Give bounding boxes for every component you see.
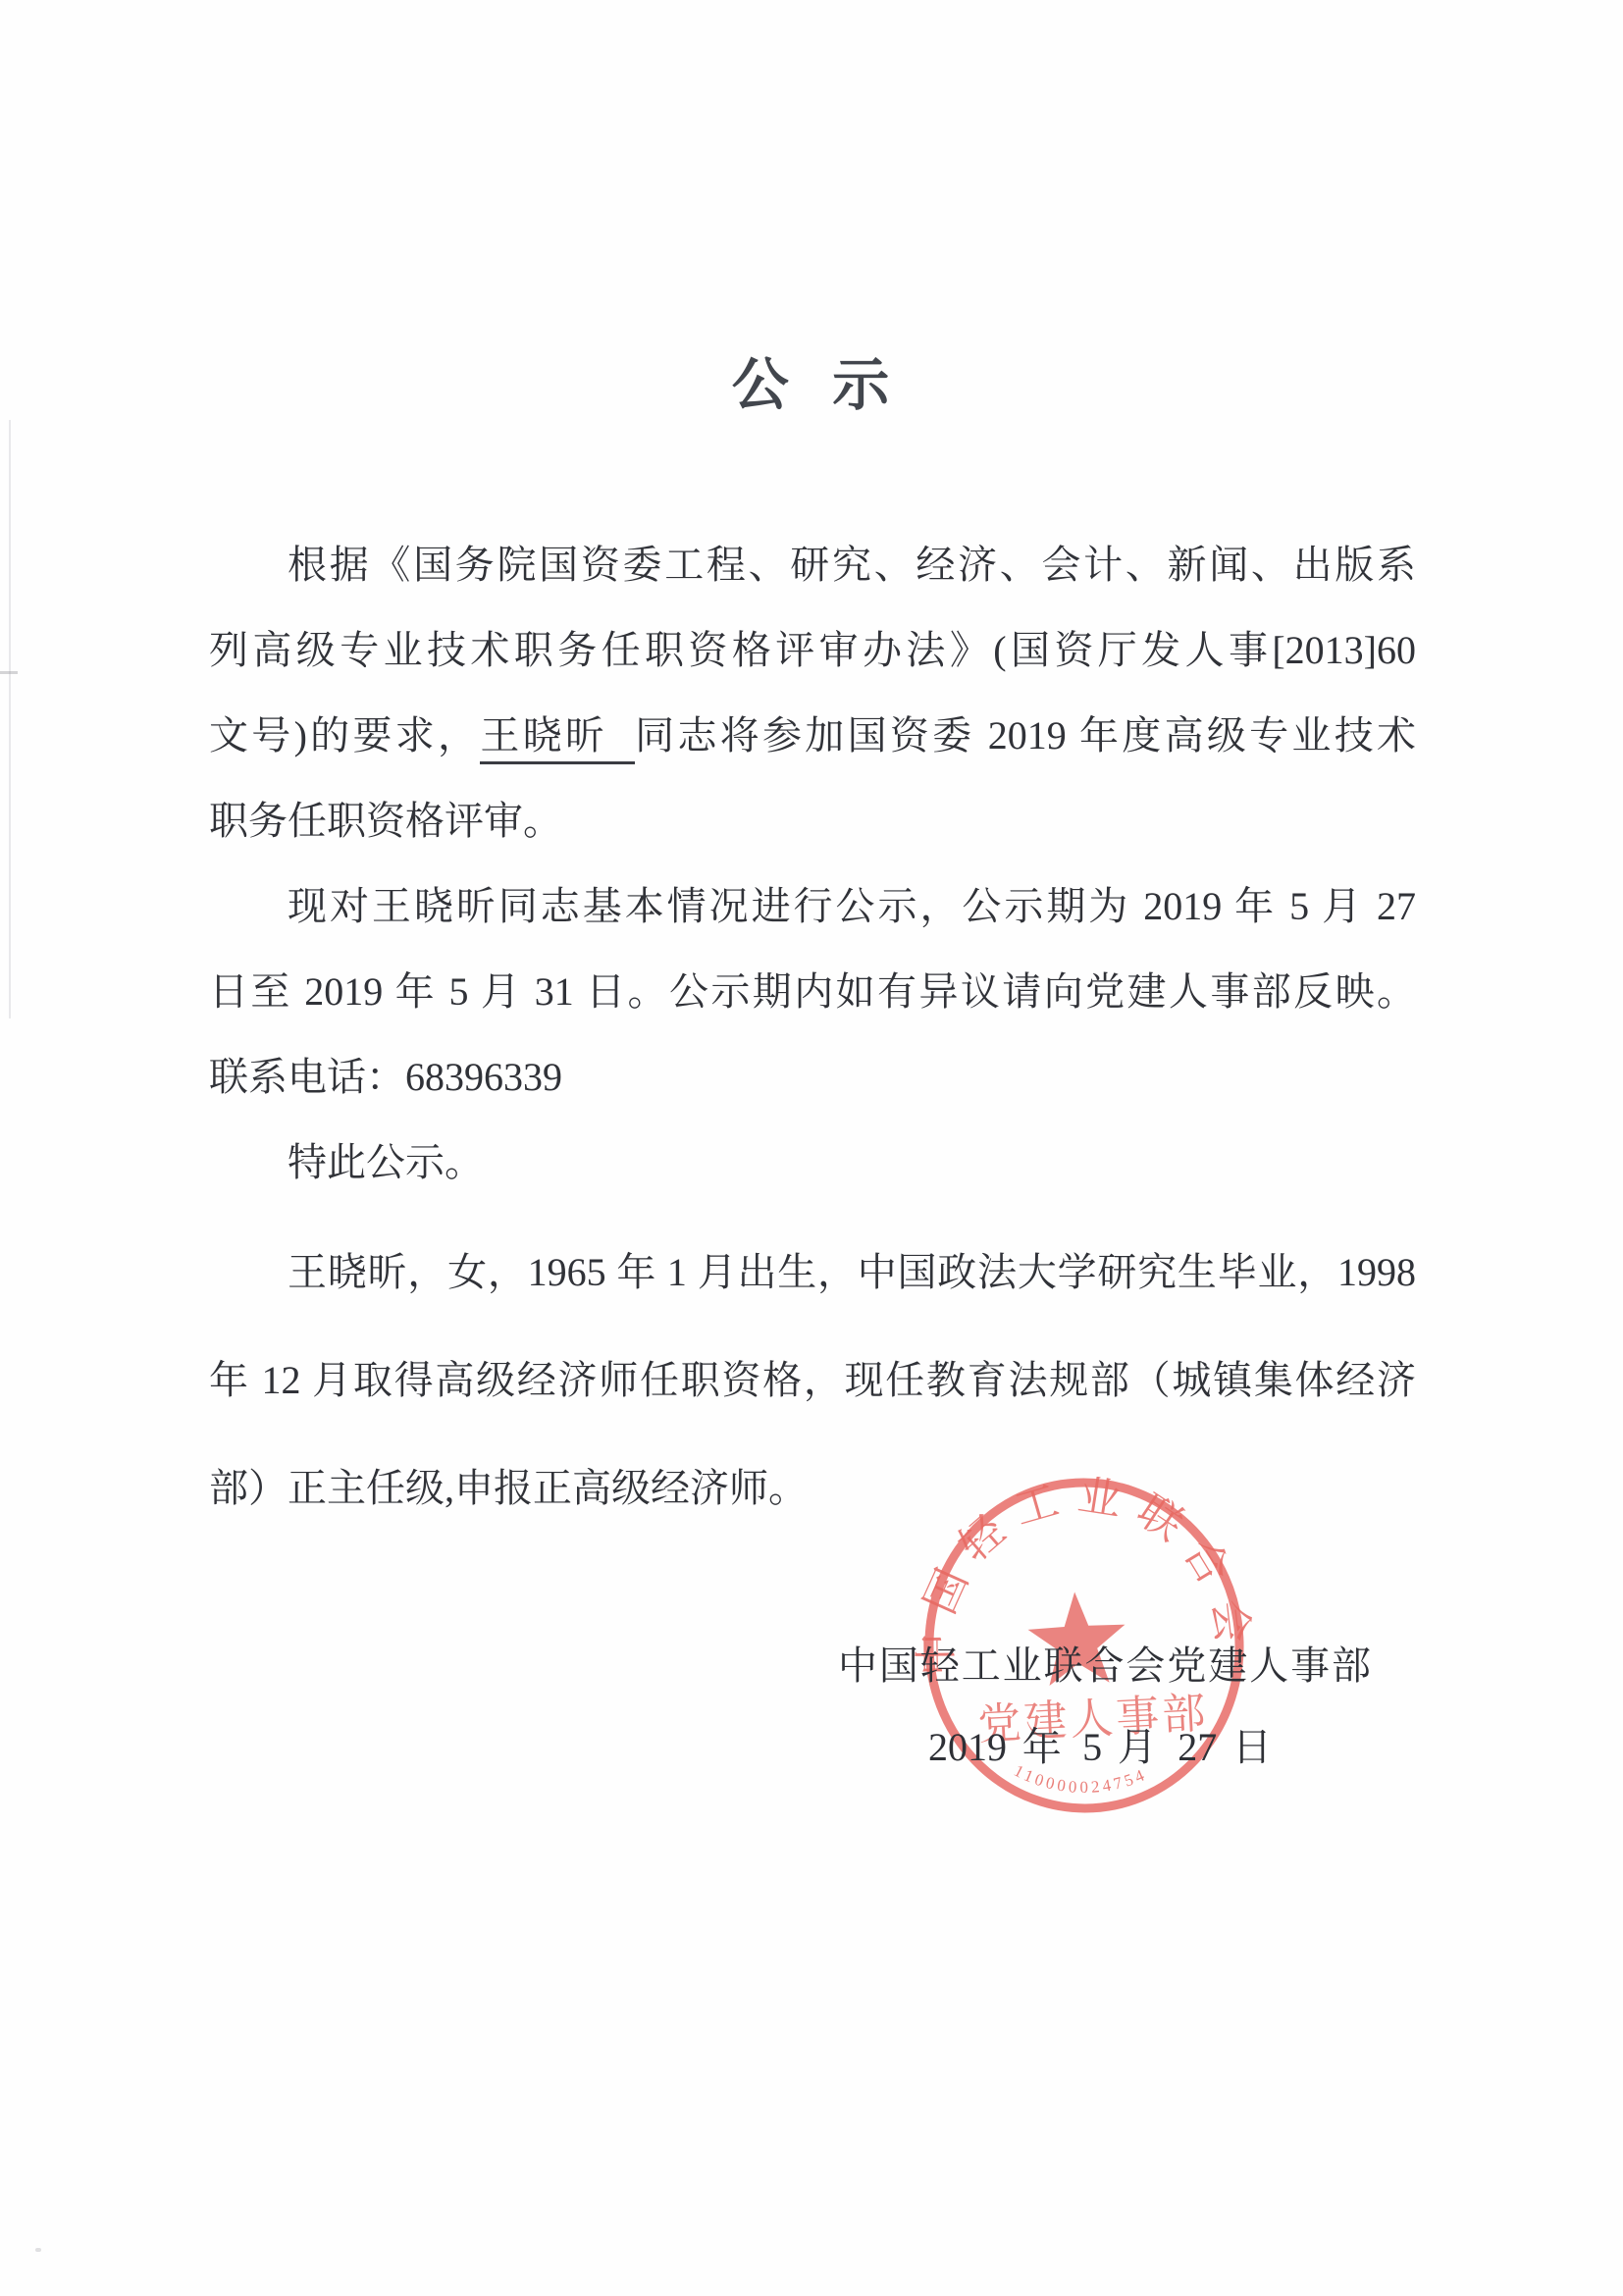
body-line: 日至 2019 年 5 月 31 日。公示期内如有异议请向党建人事部反映。	[209, 949, 1416, 1034]
text-segment: 列高级专业技术职务任职资格评审办法》(国资厅发人事[2013]60	[209, 628, 1416, 672]
body-line: 列高级专业技术职务任职资格评审办法》(国资厅发人事[2013]60	[209, 607, 1416, 693]
text-segment: 年 12 月取得高级经济师任职资格，现任教育法规部（城镇集体经济	[209, 1358, 1416, 1402]
text-segment: 职务任职资格评审。	[209, 799, 562, 843]
body-line: 特此公示。	[209, 1120, 1416, 1205]
scan-artifact-speck	[35, 2248, 41, 2252]
text-segment: 日至 2019 年 5 月 31 日。公示期内如有异议请向党建人事部反映。	[209, 969, 1416, 1014]
text-segment: 联系电话：68396339	[209, 1055, 562, 1099]
body-line: 职务任职资格评审。	[209, 778, 1416, 863]
body-line: 现对王晓昕同志基本情况进行公示，公示期为 2019 年 5 月 27	[209, 863, 1416, 949]
page-title: 公 示	[0, 348, 1623, 423]
body-line: 联系电话：68396339	[209, 1034, 1416, 1120]
body-line: 根据《国务院国资委工程、研究、经济、会计、新闻、出版系	[209, 522, 1416, 607]
signature-date: 2019 年 5 月 27 日	[928, 1722, 1272, 1773]
text-segment: 特此公示。	[288, 1140, 484, 1184]
body-line: 王晓昕，女，1965 年 1 月出生，中国政法大学研究生毕业，1998	[209, 1219, 1416, 1327]
text-segment: 王晓昕，女，1965 年 1 月出生，中国政法大学研究生毕业，1998	[288, 1250, 1416, 1294]
scanned-document-page: 公 示 根据《国务院国资委工程、研究、经济、会计、新闻、出版系列高级专业技术职务…	[0, 0, 1623, 2296]
paragraph: 现对王晓昕同志基本情况进行公示，公示期为 2019 年 5 月 27日至 201…	[209, 863, 1416, 1120]
paragraph: 特此公示。	[209, 1120, 1416, 1205]
scan-artifact-vertical-line	[9, 420, 11, 1018]
body-line: 年 12 月取得高级经济师任职资格，现任教育法规部（城镇集体经济	[209, 1327, 1416, 1435]
signature-org: 中国轻工业联合会党建人事部	[838, 1641, 1372, 1692]
text-segment: 部）正主任级,申报正高级经济师。	[209, 1466, 808, 1510]
underlined-name: 王晓昕	[480, 713, 635, 764]
body-line: 文号)的要求，王晓昕同志将参加国资委 2019 年度高级专业技术	[209, 693, 1416, 778]
text-segment: 根据《国务院国资委工程、研究、经济、会计、新闻、出版系	[288, 543, 1416, 587]
text-segment: 同志将参加国资委 2019 年度高级专业技术	[635, 713, 1416, 757]
paragraph: 根据《国务院国资委工程、研究、经济、会计、新闻、出版系列高级专业技术职务任职资格…	[209, 522, 1416, 863]
document-body: 根据《国务院国资委工程、研究、经济、会计、新闻、出版系列高级专业技术职务任职资格…	[209, 522, 1416, 1542]
text-segment: 现对王晓昕同志基本情况进行公示，公示期为 2019 年 5 月 27	[288, 884, 1416, 928]
text-segment: 文号)的要求，	[209, 713, 480, 757]
scan-artifact-dash	[0, 671, 18, 674]
